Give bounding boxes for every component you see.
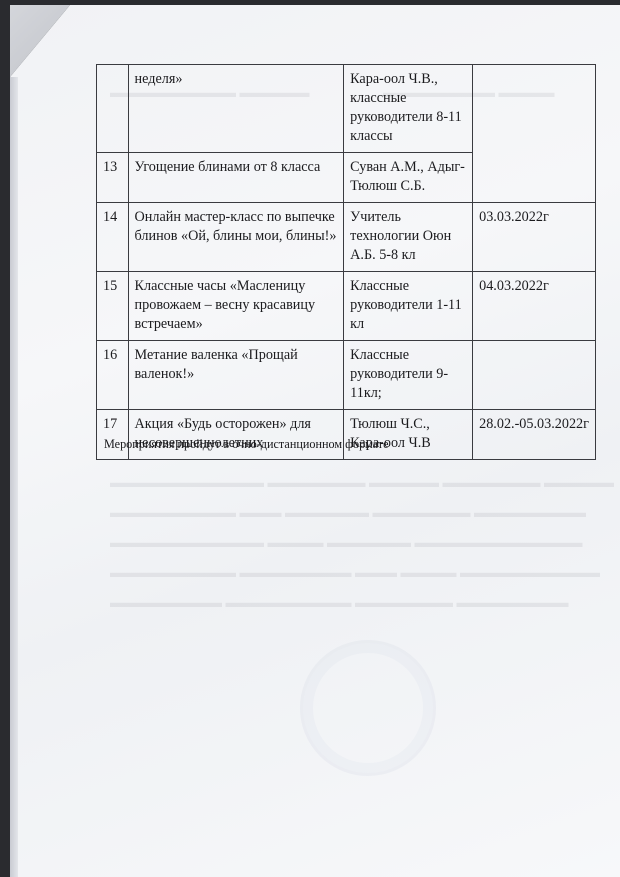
show-through-seal bbox=[300, 640, 436, 776]
row-number bbox=[97, 65, 129, 153]
format-note: Мероприятия пройдут в очно-дистанционном… bbox=[104, 437, 389, 452]
events-table: неделя» Кара-оол Ч.В., классные руководи… bbox=[96, 64, 596, 460]
table-row: 14 Онлайн мастер-класс по выпечке блинов… bbox=[97, 203, 596, 272]
table-row: 15 Классные часы «Масленицу провожаем – … bbox=[97, 272, 596, 341]
row-number: 17 bbox=[97, 410, 129, 460]
event-date: 03.03.2022г bbox=[473, 203, 596, 272]
event-name: неделя» bbox=[128, 65, 344, 153]
table-row: 17 Акция «Будь осторожен» для несовершен… bbox=[97, 410, 596, 460]
event-date: 04.03.2022г bbox=[473, 272, 596, 341]
row-number: 13 bbox=[97, 153, 129, 203]
row-number: 16 bbox=[97, 341, 129, 410]
page-edge-shadow bbox=[10, 77, 18, 877]
row-number: 15 bbox=[97, 272, 129, 341]
event-responsible: Тюлюш Ч.С., Кара-оол Ч.В bbox=[344, 410, 473, 460]
event-name: Метание валенка «Прощай валенок!» bbox=[128, 341, 344, 410]
event-responsible: Кара-оол Ч.В., классные руководители 8-1… bbox=[344, 65, 473, 153]
event-name: Угощение блинами от 8 класса bbox=[128, 153, 344, 203]
table-row: 16 Метание валенка «Прощай валенок!» Кла… bbox=[97, 341, 596, 410]
table-row: неделя» Кара-оол Ч.В., классные руководи… bbox=[97, 65, 596, 153]
event-name: Акция «Будь осторожен» для несовершеннол… bbox=[128, 410, 344, 460]
event-date: 28.02.-05.03.2022г bbox=[473, 410, 596, 460]
event-responsible: Классные руководители 9-11кл; bbox=[344, 341, 473, 410]
event-date bbox=[473, 341, 596, 410]
event-name: Классные часы «Масленицу провожаем – вес… bbox=[128, 272, 344, 341]
event-responsible: Учитель технологии Оюн А.Б. 5-8 кл bbox=[344, 203, 473, 272]
event-name: Онлайн мастер-класс по выпечке блинов «О… bbox=[128, 203, 344, 272]
event-responsible: Суван А.М., Адыг-Тюлюш С.Б. bbox=[344, 153, 473, 203]
event-date bbox=[473, 65, 596, 203]
event-responsible: Классные руководители 1-11 кл bbox=[344, 272, 473, 341]
row-number: 14 bbox=[97, 203, 129, 272]
